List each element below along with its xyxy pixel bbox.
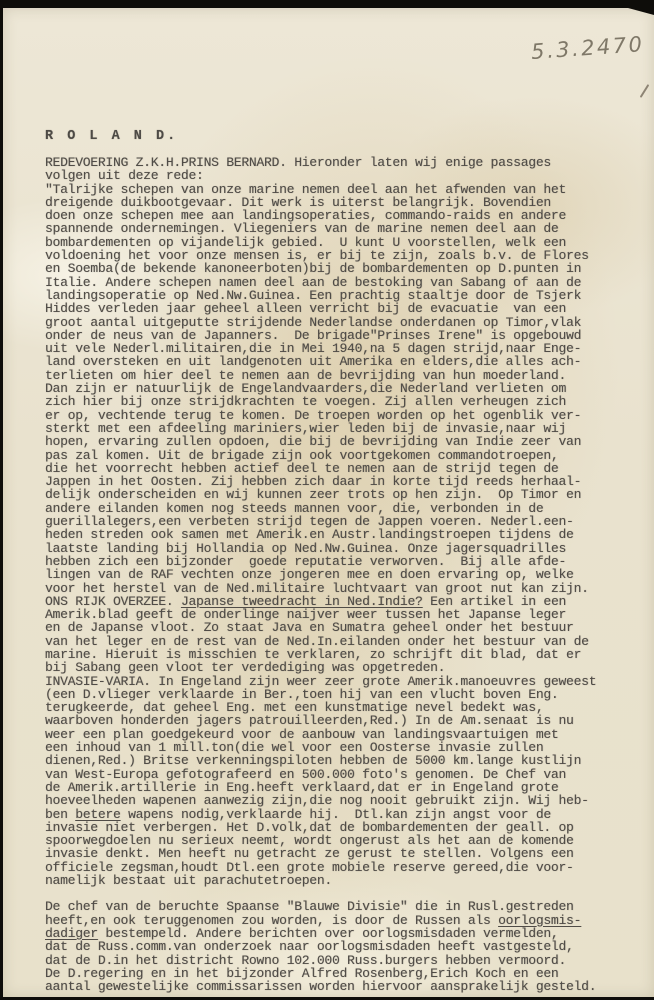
text-segment: namelijk bestaat uit parachutetroepen.	[45, 873, 332, 888]
document-line: weer een plan goedgekeurd voor de aanbou…	[45, 728, 636, 741]
document-line: officiele zegsman,houdt Dtl.een grote mo…	[45, 861, 636, 874]
document-line: onder de neus van de Japanners. De briga…	[45, 329, 636, 342]
archive-number-annotation: 5.3.2470	[530, 32, 645, 64]
document-line: ONS RIJK OVERZEE. Japanse tweedracht in …	[45, 595, 636, 608]
document-line: marine. Hieruit is misschien te verklare…	[45, 648, 636, 661]
paper-sheet: 5.3.2470 R O L A N D. REDEVOERING Z.K.H.…	[3, 8, 654, 997]
document-line: Hiddes verleden jaar geheel alleen verri…	[45, 302, 636, 315]
document-line: invasie denkt. Men heeft nu getracht ze …	[45, 847, 636, 860]
document-line: voor het herstel van de Ned.militaire lu…	[45, 582, 636, 595]
document-body: REDEVOERING Z.K.H.PRINS BERNARD. Hierond…	[45, 156, 636, 993]
document-line: spannende ondernemingen. Vliegeniers van…	[45, 222, 636, 235]
document-line: terlieten om hier deel te nemen aan de b…	[45, 369, 636, 382]
pencil-mark	[640, 84, 650, 98]
document-line: waarboven honderden jagers patrouilleerd…	[45, 714, 636, 727]
document-line: terugkeerde, dat geheel Eng. met een kun…	[45, 701, 636, 714]
document-line: en Soemba(de bekende kanoneerboten)bij d…	[45, 262, 636, 275]
document-line: doen onze schepen mee aan landingsoperat…	[45, 209, 636, 222]
document-line: lingen van de RAF vechten onze jongeren …	[45, 568, 636, 581]
document-line: dat de Russ.comm.van onderzoek naar oorl…	[45, 940, 636, 953]
document-line: aantal gewestelijke commissarissen worde…	[45, 980, 636, 993]
paragraph-closing: De chef van de beruchte Spaanse "Blauwe …	[45, 900, 636, 993]
document-line: pas zal komen. Uit de brigade zijn ook v…	[45, 449, 636, 462]
document-line: er op, vechtende terug te komen. De troe…	[45, 409, 636, 422]
document-line: spoorwegdoelen nu serieux neemt, wordt o…	[45, 834, 636, 847]
document-line: delijk onderscheiden en wij kunnen zeer …	[45, 488, 636, 501]
document-line: voldoening het voor onze mensen is, er b…	[45, 249, 636, 262]
document-line: land oversteken en uit landgenoten uit A…	[45, 355, 636, 368]
document-line: uit vele Nederl.militairen,die in Mei 19…	[45, 342, 636, 355]
document-line: Jappen in het Oosten. Zij hebben zich da…	[45, 475, 636, 488]
document-line: dreigende duikbootgevaar. Dit werk is ui…	[45, 196, 636, 209]
document-line: de Amerik.artillerie in Eng.heeft verkla…	[45, 781, 636, 794]
text-segment: aantal gewestelijke commissarissen worde…	[45, 979, 596, 994]
document-line: dienen,Red.) Britse verkenningspiloten h…	[45, 754, 636, 767]
document-line: sterkt met een afdeeling mariniers,wier …	[45, 422, 636, 435]
document-line: (een D.vlieger verklaarde in Ber.,toen h…	[45, 688, 636, 701]
document-line: laatste landing bij Hollandia op Ned.Nw.…	[45, 542, 636, 555]
document-line: zich hier bij onze strijdkrachten te voe…	[45, 395, 636, 408]
document-line: INVASIE-VARIA. In Engeland zijn weer zee…	[45, 675, 636, 688]
document-line: invasie niet verbergen. Het D.volk,dat d…	[45, 821, 636, 834]
document-line: guerillalegers,een verbeten strijd tegen…	[45, 515, 636, 528]
document-line: Amerik.blad geeft de onderlinge naijver …	[45, 608, 636, 621]
document-line: Italie. Andere schepen namen deel aan de…	[45, 276, 636, 289]
document-line: hopen, ervaring zullen opdoen, die bij d…	[45, 435, 636, 448]
document-line: hebben zich een bijzonder goede reputati…	[45, 555, 636, 568]
document-line: een inhoud van 1 mill.ton(die wel voor e…	[45, 741, 636, 754]
document-line: van het leger en de rest van de Ned.In.e…	[45, 635, 636, 648]
document-line: heeft,en ook teruggenomen zou worden, is…	[45, 914, 636, 927]
document-line: heden streden ook samen met Amerik.en Au…	[45, 528, 636, 541]
document-line: De D.regering en in het bijzonder Alfred…	[45, 967, 636, 980]
document-line: landingsoperatie op Ned.Nw.Guinea. Een p…	[45, 289, 636, 302]
scanned-document: 5.3.2470 R O L A N D. REDEVOERING Z.K.H.…	[0, 0, 654, 1000]
document-line: REDEVOERING Z.K.H.PRINS BERNARD. Hierond…	[45, 156, 636, 169]
document-line: bij Sabang geen vloot ter verdediging wa…	[45, 661, 636, 674]
document-line: Dan zijn er natuurlijk de Engelandvaarde…	[45, 382, 636, 395]
paragraph-main: REDEVOERING Z.K.H.PRINS BERNARD. Hierond…	[45, 156, 636, 887]
document-line: volgen uit deze rede:	[45, 169, 636, 182]
document-line: dadiger bestempeld. Andere berichten ove…	[45, 927, 636, 940]
document-line: die het voorrecht hebben actief deel te …	[45, 462, 636, 475]
document-line: De chef van de beruchte Spaanse "Blauwe …	[45, 900, 636, 913]
document-line: andere eilanden komen nog steeds mannen …	[45, 502, 636, 515]
document-line: namelijk bestaat uit parachutetroepen.	[45, 874, 636, 887]
corner-shadow	[598, 0, 654, 15]
document-line: bombardementen op vijandelijk gebied. U …	[45, 236, 636, 249]
document-line: van West-Europa gefotografeerd en 500.00…	[45, 768, 636, 781]
document-line: en de Japanse vloot. Zo staat Java en Su…	[45, 621, 636, 634]
document-line: ben betere wapens nodig,verklaarde hij. …	[45, 808, 636, 821]
document-line: dat de D.in het districht Rowno 102.000 …	[45, 954, 636, 967]
document-line: "Talrijke schepen van onze marine nemen …	[45, 183, 636, 196]
document-line: hoeveelheden wapenen aanwezig zijn,die n…	[45, 794, 636, 807]
document-title: R O L A N D.	[45, 129, 178, 144]
document-line: groot aantal uitgeputte strijdende Neder…	[45, 316, 636, 329]
